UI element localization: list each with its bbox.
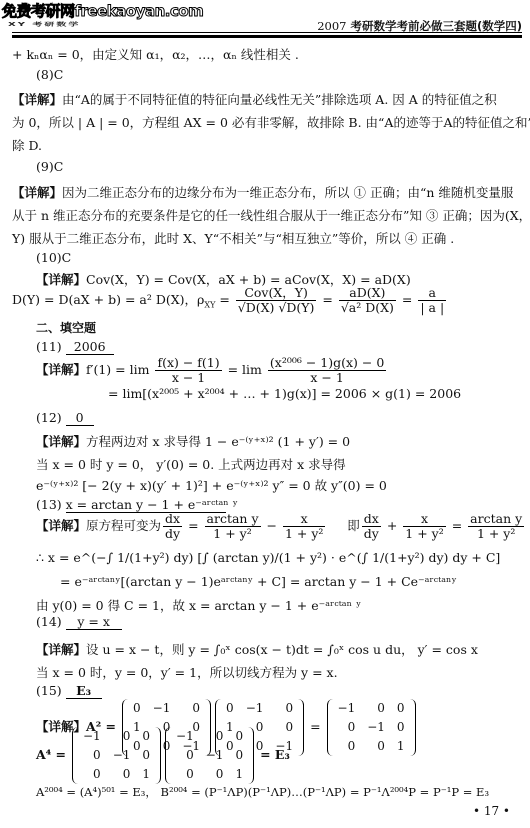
- header-year: 2007: [317, 19, 346, 33]
- detail-9-line2: 从于 n 维正态分布的充要条件是它的任一线性组合服从于一维正态分布”知 ③ 正确…: [12, 206, 530, 224]
- detail-11-line1: 【详解】f′(1) = lim f(x) − f(1)x − 1 = lim (…: [36, 356, 388, 385]
- page-number: • 17 •: [473, 804, 510, 818]
- answer-14: (14) y = x: [36, 614, 122, 630]
- detail-15-a4: A⁴ = −100 0−10 001 −100 0−10 001 = E₃: [36, 727, 290, 784]
- answer-13: (13) x = arctan y − 1 + e⁻ᵃʳᶜᵗᵃⁿ ʸ: [36, 497, 226, 513]
- matrix-A2: −100 0−10 001: [72, 727, 161, 784]
- detail-tag: 【详解】: [12, 92, 62, 107]
- matrix-A2: −100 0−10 001: [165, 727, 254, 784]
- matrix-A2: −100 0−10 001: [327, 699, 416, 756]
- detail-9-line1: 【详解】因为二维正态分布的边缘分布为一维正态分布，所以 ① 正确；由“n 维随机…: [12, 183, 513, 201]
- text-line: + kₙαₙ = 0，由定义知 α₁，α₂，…，αₙ 线性相关 .: [12, 45, 299, 63]
- answer-11: (11) 2006: [36, 339, 114, 355]
- fraction: Cov(X，Y)√D(X) √D(Y): [236, 286, 317, 315]
- detail-12-line3: e⁻⁽ʸ⁺ˣ⁾² [− 2(y + x)(y′ + 1)²] + e⁻⁽ʸ⁺ˣ⁾…: [36, 476, 387, 494]
- detail-8-line3: 除 D.: [12, 136, 42, 154]
- detail-12-line2: 当 x = 0 时 y = 0， y′(0) = 0. 上式两边再对 x 求导得: [36, 455, 346, 473]
- detail-8-line1: 【详解】由“A的属于不同特征值的特征向量必线性无关”排除选项 A. 因 A 的特…: [12, 90, 497, 108]
- detail-11-line2: = lim[(x²⁰⁰⁵ + x²⁰⁰⁴ + … + 1)g(x)] = 200…: [108, 386, 461, 401]
- detail-14-line2: 当 x = 0 时，y = 0，y′ = 1，所以切线方程为 y = x.: [36, 663, 338, 681]
- detail-12-line1: 【详解】方程两边对 x 求导得 1 − e⁻⁽ʸ⁺ˣ⁾² (1 + y′) = …: [36, 432, 350, 450]
- answer-8: (8)C: [36, 67, 63, 82]
- detail-9-line3: Y) 服从于二维正态分布，此时 X、Y“不相关”与“相互独立”等价，所以 ④ 正…: [12, 229, 454, 247]
- detail-8-line2: 为 0，所以 | A | = 0，方程组 AX = 0 必有非零解，故排除 B.…: [12, 113, 530, 131]
- section-heading: 二、填空题: [36, 319, 96, 336]
- publisher-logo: XY 考研数学: [8, 20, 80, 28]
- header-rule-thin: [12, 32, 522, 33]
- header-title: 考研数学考前必做三套题(数学四): [350, 19, 522, 33]
- header-rule-thick: [12, 35, 522, 38]
- fraction: aD(X)√a² D(X): [339, 286, 396, 315]
- watermark: 免费考研网freekaoyan.com: [2, 0, 203, 21]
- answer-9: (9)C: [36, 159, 63, 174]
- detail-13-line3: = e⁻ᵃʳᶜᵗᵃⁿʸ[(arctan y − 1)eᵃʳᶜᵗᵃⁿʸ + C] …: [60, 574, 457, 589]
- detail-13-line1: 【详解】原方程可变为dxdy = arctan y1 + y² − x1 + y…: [36, 512, 526, 541]
- detail-13-line4: 由 y(0) = 0 得 C = 1，故 x = arctan y − 1 + …: [36, 596, 361, 614]
- answer-12: (12) 0: [36, 410, 94, 426]
- detail-13-line2: ∴ x = e^(−∫ 1/(1+y²) dy) [∫ (arctan y)/(…: [36, 550, 500, 565]
- detail-14-line1: 【详解】设 u = x − t，则 y = ∫₀ˣ cos(x − t)dt =…: [36, 640, 478, 658]
- fraction: a| a |: [418, 286, 446, 315]
- detail-15-last: A²⁰⁰⁴ = (A⁴)⁵⁰¹ = E₃， B²⁰⁰⁴ = (P⁻¹ΛP)(P⁻…: [36, 784, 489, 800]
- detail-10-line2: D(Y) = D(aX + b) = a² D(X)，ρXY = Cov(X，Y…: [12, 286, 448, 315]
- answer-10: (10)C: [36, 250, 71, 265]
- answer-15: (15) E₃: [36, 683, 102, 699]
